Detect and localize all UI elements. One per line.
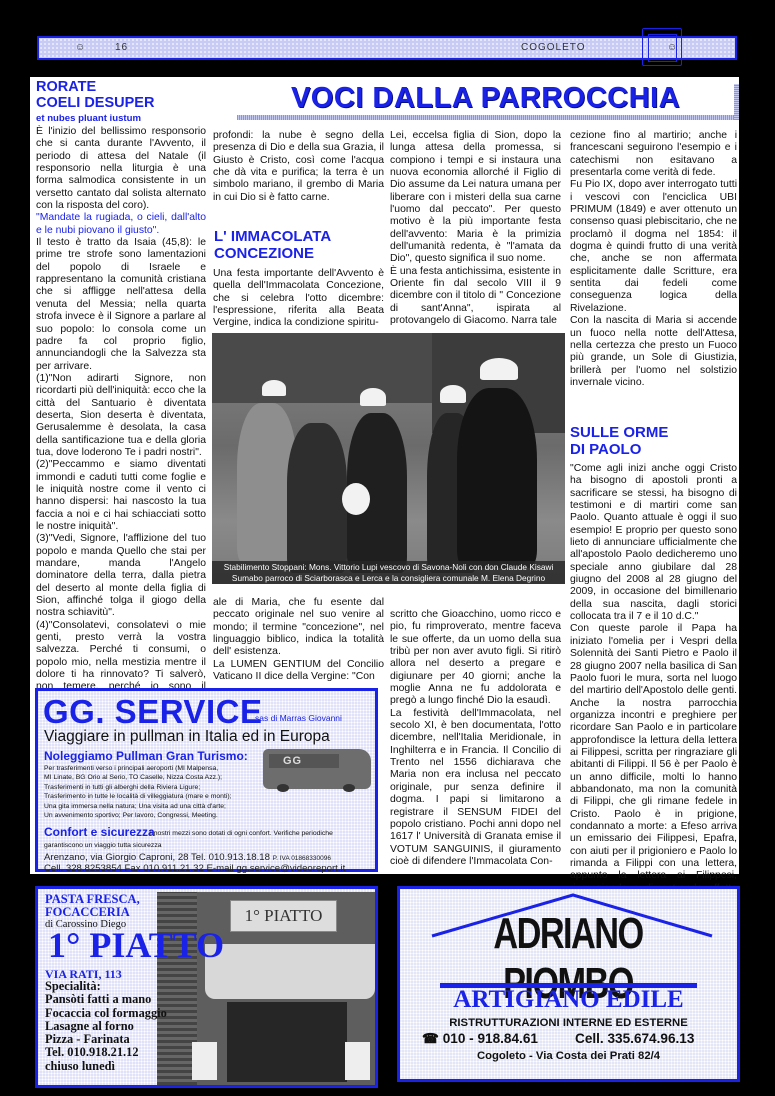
paragraph: "Come agli inizi anche oggi Cristo ha bi… — [570, 463, 737, 623]
title-line-2: COELI DESUPER — [36, 95, 154, 111]
ad-heading: PASTA FRESCA, FOCACCERIA — [45, 893, 140, 919]
shop-door — [227, 1002, 347, 1082]
banner-shadow — [237, 115, 734, 120]
paragraph: scritto che Gioacchino, uomo ricco e pio… — [390, 609, 561, 708]
section-title: VOCI DALLA PARROCCHIA — [237, 82, 734, 115]
paragraph: Fu Pio IX, dopo aver interrogato tutti i… — [570, 179, 737, 315]
paragraph: (2)"Peccammo e siamo diventati immondi e… — [36, 459, 206, 533]
shop-photo: 1° PIATTO — [157, 892, 375, 1085]
photo-person — [287, 423, 347, 573]
hardhat — [342, 483, 370, 515]
bus-wheel — [277, 784, 289, 792]
quote-paragraph: "Mandate la rugiada, o cieli, dall'alto … — [36, 212, 206, 237]
service-item: Un avvenimento sportivo; Per lavoro, Con… — [44, 811, 269, 820]
paragraph: cezione fino al martirio; anche i france… — [570, 130, 737, 179]
article-rorate-body: È l'inizio del bellissimo responsorio ch… — [36, 126, 206, 731]
hardhat — [262, 380, 286, 396]
title-line-2: DI PAOLO — [570, 441, 668, 458]
service-item: Trasferimento in tutte le località di vi… — [44, 792, 269, 801]
vat-number: P. IVA 01868330096 — [273, 855, 331, 862]
photo-building — [212, 333, 442, 403]
ad-cell: Cell. 335.674.96.13 — [575, 1031, 694, 1046]
article-rorate-subtitle: et nubes pluant iustum — [36, 113, 141, 124]
article-immacolata-title: L' IMMACOLATA CONCEZIONE — [214, 228, 331, 262]
article-immacolata-col1-bottom: ale di Maria, che fu esente dal peccato … — [213, 597, 384, 683]
photo-person — [457, 388, 537, 568]
heading-line-2: FOCACCERIA — [45, 906, 140, 919]
service-item: Una gita immersa nella natura; Una visit… — [44, 802, 269, 811]
article-paolo-body: "Come agli inizi anche oggi Cristo ha bi… — [570, 463, 737, 920]
specialty-item: Pizza - Farinata — [45, 1033, 167, 1046]
paragraph: Lei, eccelsa figlia di Sion, dopo la lun… — [390, 130, 561, 266]
phone-number: 010 - 918.84.61 — [443, 1031, 538, 1046]
bus-window — [269, 754, 339, 768]
article-immacolata-col2-bottom: scritto che Gioacchino, uomo ricco e pio… — [390, 609, 561, 868]
ad-phone: ☎ 010 - 918.84.61 — [422, 1031, 538, 1047]
address-text: Arenzano, via Giorgio Caproni, 28 Tel. 0… — [44, 852, 270, 863]
paragraph: Con queste parole il Papa ha iniziato l'… — [570, 623, 737, 907]
title-line-2: CONCEZIONE — [214, 245, 331, 262]
page-tab-inner — [648, 34, 677, 62]
title-line-1: L' IMMACOLATA — [214, 228, 331, 245]
paragraph: Il testo è tratto da Isaia (45,8): le pr… — [36, 237, 206, 373]
specialty-item: Pansòti fatti a mano — [45, 993, 167, 1006]
news-photo: Stabilimento Stoppani: Mons. Vittorio Lu… — [212, 333, 565, 584]
article-rorate-title: RORATE COELI DESUPER — [36, 79, 154, 111]
paragraph: Con la nascita di Maria si accende un fu… — [570, 315, 737, 389]
paragraph: È l'inizio del bellissimo responsorio ch… — [36, 126, 206, 212]
ad-closed-day: chiuso lunedì — [45, 1060, 167, 1073]
ad-owner: sas di Marras Giovanni — [255, 713, 342, 723]
ad-phone: Tel. 010.918.21.12 — [45, 1046, 167, 1059]
page-number: 16 — [115, 42, 128, 53]
title-line-1: RORATE — [36, 79, 154, 95]
caption-line-2: Sumabo parroco di Sciarborasca e Lerca e… — [212, 573, 565, 584]
caption-line-1: Stabilimento Stoppani: Mons. Vittorio Lu… — [212, 562, 565, 573]
article-immacolata-col3: cezione fino al martirio; anche i france… — [570, 130, 737, 389]
ad-specialties: Specialità: Pansòti fatti a mano Focacci… — [45, 980, 167, 1073]
specialties-title: Specialità: — [45, 980, 167, 993]
ad-tagline: Viaggiare in pullman in Italia ed in Eur… — [44, 728, 330, 746]
hardhat — [440, 385, 466, 403]
paragraph: profondi: la nube è segno della presenza… — [213, 130, 384, 204]
article-paolo-title: SULLE ORME DI PAOLO — [570, 424, 668, 458]
ad-services: RISTRUTTURAZIONI INTERNE ED ESTERNE — [400, 1017, 737, 1029]
specialty-item: Focaccia col formaggio — [45, 1007, 167, 1020]
banner-shadow-right — [734, 84, 739, 120]
plant-pot — [192, 1042, 217, 1080]
ad-rent-title: Noleggiamo Pullman Gran Turismo: — [44, 749, 248, 763]
ad-gg-service[interactable]: GG. SERVICE sas di Marras Giovanni Viagg… — [35, 688, 378, 872]
bus-image: GG — [263, 749, 371, 789]
page-header-bar: ☺ 16 COGOLETO ☺ — [37, 36, 737, 60]
article-immacolata-col2-top: Lei, eccelsa figlia di Sion, dopo la lun… — [390, 130, 561, 328]
town-name: COGOLETO — [521, 42, 586, 53]
paragraph: (3)"Vedi, Signore, l'afflizione del tuo … — [36, 533, 206, 619]
shop-awning — [205, 944, 375, 999]
article-rorate-continuation: profondi: la nube è segno della presenza… — [213, 130, 384, 204]
bus-logo: GG — [283, 755, 302, 767]
ad-trade: ARTIGIANO EDILE — [400, 986, 737, 1014]
service-item: Trasferimenti in tutti gli alberghi dell… — [44, 783, 269, 792]
article-immacolata-col1-top: Una festa importante dell'Avvento è quel… — [213, 268, 384, 330]
ad-primo-piatto[interactable]: PASTA FRESCA, FOCACCERIA di Carossino Di… — [35, 886, 378, 1088]
paragraph: La festività dell'Immacolata, nel secolo… — [390, 708, 561, 868]
specialty-item: Lasagne al forno — [45, 1020, 167, 1033]
ad-address: Arenzano, via Giorgio Caproni, 28 Tel. 0… — [44, 852, 331, 863]
ad-brand: GG. SERVICE — [43, 693, 262, 731]
smiley-icon-left: ☺ — [75, 42, 86, 53]
ad-services-list: Per trasferimenti verso i principali aer… — [44, 764, 269, 820]
hardhat — [360, 388, 386, 406]
paragraph: La LUMEN GENTIUM del Concilio Vaticano I… — [213, 659, 384, 684]
bus-wheel — [343, 784, 355, 792]
paragraph: È una festa antichissima, esistente in O… — [390, 266, 561, 328]
photo-caption: Stabilimento Stoppani: Mons. Vittorio Lu… — [212, 561, 565, 584]
paragraph: Una festa importante dell'Avvento è quel… — [213, 268, 384, 330]
ad-adriano-piombo[interactable]: ADRIANO PIOMBO ARTIGIANO EDILE RISTRUTTU… — [397, 886, 740, 1082]
ad-comfort-text-2: garantiscono un viaggio tutta sicurezza — [44, 842, 162, 849]
title-line-1: SULLE ORME — [570, 424, 668, 441]
hardhat — [480, 358, 518, 380]
shop-sign: 1° PIATTO — [230, 900, 337, 932]
section-title-banner: VOCI DALLA PARROCCHIA — [237, 82, 734, 120]
ad-comfort-title: Confort e sicurezza — [44, 825, 155, 839]
plant-pot — [345, 1042, 370, 1080]
phone-icon: ☎ — [422, 1031, 439, 1046]
service-item: MI Linate, BG Orio al Serio, TO Caselle,… — [44, 773, 269, 782]
paragraph: (1)"Non adirarti Signore, non ricordarti… — [36, 373, 206, 459]
ad-contacts: Cell. 328.8253854 Fax 010.911.21.32 E-ma… — [44, 863, 345, 874]
paragraph: ale di Maria, che fu esente dal peccato … — [213, 597, 384, 659]
service-item: Per trasferimenti verso i principali aer… — [44, 764, 269, 773]
ad-comfort-text: I nostri mezzi sono dotati di ogni confo… — [150, 830, 375, 837]
ad-address: Cogoleto - Via Costa dei Prati 82/4 — [400, 1050, 737, 1062]
ad-brand: 1° PIATTO — [48, 925, 224, 965]
